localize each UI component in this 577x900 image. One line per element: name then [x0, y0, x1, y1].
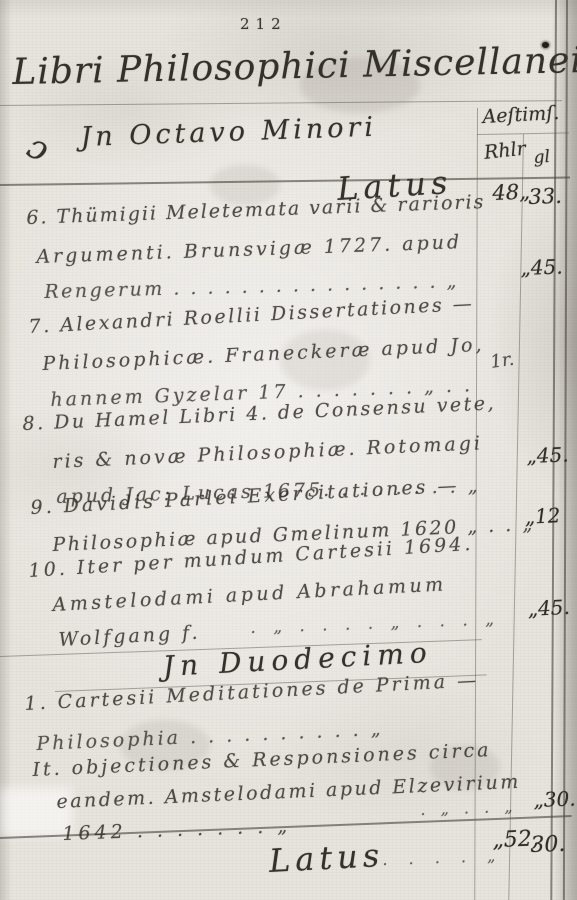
entry-line: 1642 . . . . . . . „: [62, 815, 291, 845]
section-flourish: ɔ: [21, 126, 55, 170]
entry-value: „30.: [533, 787, 576, 812]
entry-line: ris & novæ Philosophiæ. Rotomagi: [52, 432, 483, 473]
entry-value: „45.: [526, 443, 569, 468]
entry-value: „45.: [520, 255, 563, 280]
entry-leader-dots: . „ . . „: [420, 797, 518, 819]
latus-bottom-value-gl: 30.: [530, 832, 566, 858]
currency-unit-left: Rhlr: [483, 138, 527, 164]
latus-bottom-label: Latus: [268, 836, 385, 880]
section-heading-octavo: Jn Octavo Minori: [80, 112, 377, 153]
latus-bottom-leader-dots: . . . . „: [382, 846, 504, 869]
manuscript-page: 212 Libri Philosophici Miscellanei Aeſti…: [0, 0, 577, 900]
page-number: 212: [240, 15, 287, 33]
entry-value: 1r.: [489, 349, 516, 373]
entry-line: Amstelodami apud Abrahamum: [52, 573, 447, 616]
entry-value: „45.: [527, 595, 570, 621]
entry-value: „12: [524, 503, 561, 529]
entry-line: Argumenti. Brunsvigæ 1727. apud: [36, 231, 462, 268]
currency-unit-right: gl: [533, 147, 551, 168]
rule-under-title: [0, 100, 562, 106]
rule-section-top: [0, 177, 570, 186]
entry-leader-dots: . „ . . . . „ . . . „: [250, 609, 500, 638]
latus-top-value-gl: 33.: [528, 184, 562, 209]
valuation-column-header: Aeſtimſ.: [482, 102, 560, 128]
entry-line: Wolfgang f.: [58, 622, 201, 651]
latus-top-value-rthlr: 48„: [492, 180, 530, 205]
entry-line: Philosophicæ. Franeckeræ apud Jo,: [42, 334, 485, 375]
page-title: Libri Philosophici Miscellanei: [12, 40, 577, 93]
